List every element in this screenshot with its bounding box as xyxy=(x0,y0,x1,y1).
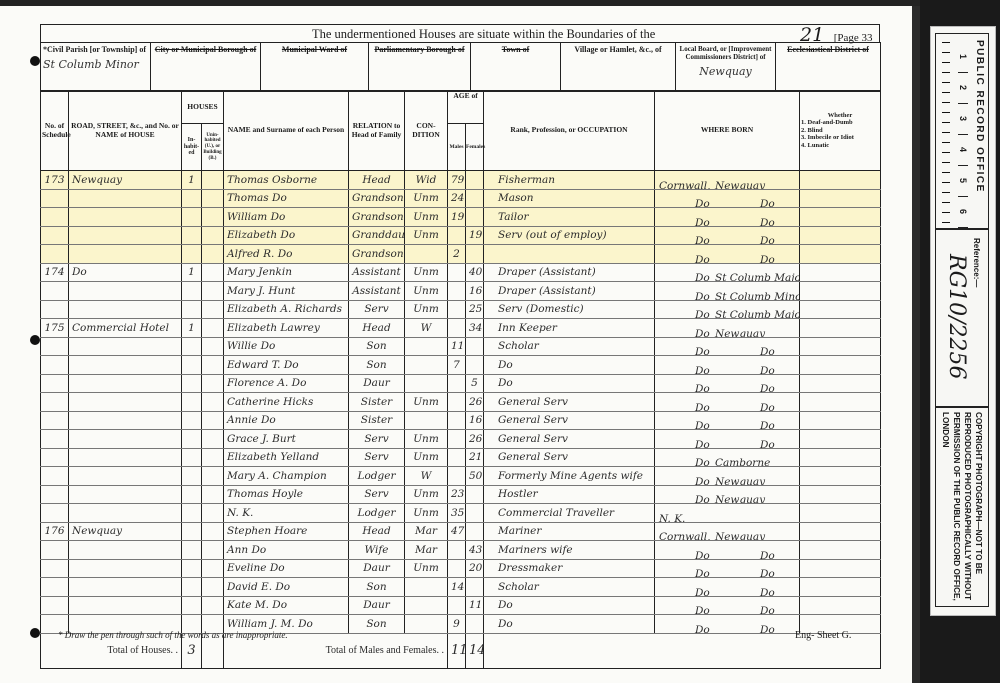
female-age xyxy=(466,208,484,227)
relation-to-head: Serv xyxy=(349,300,405,319)
inhabited-count xyxy=(182,522,202,541)
copyright-notice: COPYRIGHT PHOTOGRAPH—NOT TO BE REPRODUCE… xyxy=(940,412,984,602)
relation-to-head: Assistant xyxy=(349,282,405,301)
schedule-number xyxy=(41,411,69,430)
scale-number: 4 xyxy=(958,135,968,166)
born-place: Do xyxy=(760,198,775,207)
col-schedule: No. of Schedule xyxy=(41,91,69,171)
binding-hole xyxy=(30,335,40,345)
uninhabited-cell xyxy=(202,226,224,245)
census-row: 173Newquay1Thomas OsborneHeadWid79Fisher… xyxy=(41,171,881,190)
inhabited-count xyxy=(182,485,202,504)
boundary-label: Ecclesiastical District of xyxy=(787,45,869,54)
female-age: 34 xyxy=(466,319,484,338)
uninhabited-cell xyxy=(202,263,224,282)
infirmity-cell xyxy=(800,189,881,208)
census-row: Florence A. DoDaur5DoDoDo xyxy=(41,374,881,393)
uninhabited-cell xyxy=(202,522,224,541)
house-address xyxy=(69,374,182,393)
relation-to-head: Head xyxy=(349,171,405,190)
infirmity-option: 1. Deaf-and-Dumb xyxy=(801,119,879,126)
binding-hole xyxy=(30,628,40,638)
male-age: 79 xyxy=(448,171,466,190)
born-place: St Columb Minor xyxy=(715,291,800,300)
person-name: Annie Do xyxy=(224,411,349,430)
inhabited-count xyxy=(182,559,202,578)
marital-condition: Mar xyxy=(405,541,448,560)
person-name: Elizabeth Do xyxy=(224,226,349,245)
occupation: Draper (Assistant) xyxy=(484,263,655,282)
schedule-number xyxy=(41,208,69,227)
uninhabited-cell xyxy=(202,189,224,208)
marital-condition xyxy=(405,374,448,393)
uninhabited-cell xyxy=(202,245,224,264)
infirmity-title: Whether xyxy=(801,112,879,119)
born-county: Do xyxy=(695,272,710,281)
marital-condition: Unm xyxy=(405,189,448,208)
inhabited-count xyxy=(182,374,202,393)
inhabited-count xyxy=(182,411,202,430)
census-row: 176NewquayStephen HoareHeadMar47MarinerC… xyxy=(41,522,881,541)
house-address xyxy=(69,559,182,578)
born-county: Do xyxy=(695,328,710,337)
footnote: * Draw the pen through such of the words… xyxy=(58,630,288,640)
boundary-municipal-ward: Municipal Ward of xyxy=(261,43,369,92)
marital-condition: W xyxy=(405,319,448,338)
occupation: Hostler xyxy=(484,485,655,504)
inhabited-count xyxy=(182,337,202,356)
house-address xyxy=(69,541,182,560)
inhabited-count xyxy=(182,578,202,597)
marital-condition: Wid xyxy=(405,171,448,190)
where-born: DoDo xyxy=(655,356,800,375)
measurement-ruler xyxy=(942,42,958,228)
marital-condition xyxy=(405,596,448,615)
relation-to-head: Son xyxy=(349,615,405,634)
person-name: Stephen Hoare xyxy=(224,522,349,541)
female-age xyxy=(466,578,484,597)
born-place: Camborne xyxy=(715,457,770,466)
census-row: Mary J. HuntAssistantUnm16Draper (Assist… xyxy=(41,282,881,301)
infirmity-cell xyxy=(800,319,881,338)
female-age: 11 xyxy=(466,596,484,615)
inhabited-count xyxy=(182,596,202,615)
born-place: Newquay xyxy=(715,328,765,337)
occupation: Mariner xyxy=(484,522,655,541)
female-age: 40 xyxy=(466,263,484,282)
born-place: Do xyxy=(760,383,775,392)
house-address xyxy=(69,467,182,486)
marital-condition xyxy=(405,356,448,375)
house-address xyxy=(69,282,182,301)
schedule-number: 173 xyxy=(41,171,69,190)
boundary-town: Town of xyxy=(471,43,561,92)
uninhabited-cell xyxy=(202,467,224,486)
schedule-number xyxy=(41,559,69,578)
schedule-number xyxy=(41,300,69,319)
col-uninhabited: Unin-habited (U.), or Building (B.) xyxy=(202,124,224,171)
inhabited-count xyxy=(182,226,202,245)
schedule-number xyxy=(41,282,69,301)
inhabited-count xyxy=(182,245,202,264)
male-age: 11 xyxy=(448,337,466,356)
page-title: The undermentioned Houses are situate wi… xyxy=(312,27,655,42)
reference-label: Reference:— xyxy=(972,238,981,287)
uninhabited-cell xyxy=(202,356,224,375)
inhabited-count: 1 xyxy=(182,319,202,338)
born-county: Do xyxy=(695,587,710,596)
col-inhabited: In-habit-ed xyxy=(182,124,202,171)
marital-condition xyxy=(405,578,448,597)
uninhabited-cell xyxy=(202,282,224,301)
relation-to-head: Daur xyxy=(349,596,405,615)
scan-edge xyxy=(0,0,920,6)
marital-condition: Unm xyxy=(405,559,448,578)
where-born: DoDo xyxy=(655,541,800,560)
marital-condition: Unm xyxy=(405,393,448,412)
female-age: 21 xyxy=(466,448,484,467)
boundary-value: St Columb Minor xyxy=(43,58,148,71)
census-row: N. K.LodgerUnm35Commercial TravellerN. K… xyxy=(41,504,881,523)
census-row: William DoGrandsonUnm19TailorDoDo xyxy=(41,208,881,227)
occupation: Scholar xyxy=(484,578,655,597)
born-place: Do xyxy=(760,217,775,226)
born-county: Do xyxy=(695,309,710,318)
born-place: Do xyxy=(760,439,775,448)
boundary-label: Village or Hamlet, &c., of xyxy=(574,45,661,54)
boundary-local-board: Local Board, or [Improvement Commissione… xyxy=(676,43,776,92)
house-address xyxy=(69,578,182,597)
female-age: 5 xyxy=(466,374,484,393)
office-name: PUBLIC RECORD OFFICE xyxy=(974,40,985,193)
marital-condition: Unm xyxy=(405,485,448,504)
infirmity-option: 2. Blind xyxy=(801,127,879,134)
uninhabited-cell xyxy=(202,208,224,227)
marital-condition: Unm xyxy=(405,504,448,523)
inhabited-count xyxy=(182,300,202,319)
where-born: N. K. xyxy=(655,504,800,523)
census-row: Elizabeth A. RichardsServUnm25Serv (Dome… xyxy=(41,300,881,319)
schedule-number xyxy=(41,226,69,245)
boundary-value: Newquay xyxy=(678,65,773,78)
male-age: 19 xyxy=(448,208,466,227)
occupation: Fisherman xyxy=(484,171,655,190)
relation-to-head: Lodger xyxy=(349,504,405,523)
scale-number: 2 xyxy=(958,73,968,104)
boundaries-header: *Civil Parish [or Township] of St Columb… xyxy=(40,42,881,92)
where-born: DoCamborne xyxy=(655,448,800,467)
relation-to-head: Serv xyxy=(349,485,405,504)
marital-condition xyxy=(405,337,448,356)
infirmity-option: 4. Lunatic xyxy=(801,142,879,149)
where-born: DoDo xyxy=(655,226,800,245)
infirmity-cell xyxy=(800,485,881,504)
female-age: 25 xyxy=(466,300,484,319)
infirmity-cell xyxy=(800,448,881,467)
female-age xyxy=(466,522,484,541)
uninhabited-cell xyxy=(202,319,224,338)
infirmity-cell xyxy=(800,596,881,615)
census-rows: 173Newquay1Thomas OsborneHeadWid79Fisher… xyxy=(41,171,881,634)
infirmity-cell xyxy=(800,504,881,523)
male-age xyxy=(448,226,466,245)
infirmity-cell xyxy=(800,559,881,578)
person-name: Elizabeth Yelland xyxy=(224,448,349,467)
male-age xyxy=(448,448,466,467)
occupation: Tailor xyxy=(484,208,655,227)
born-county: Do xyxy=(695,254,710,263)
born-place: Do xyxy=(760,402,775,411)
schedule-number xyxy=(41,356,69,375)
where-born: DoDo xyxy=(655,337,800,356)
census-row: Kate M. DoDaur11DoDoDo xyxy=(41,596,881,615)
total-females-value: 14 xyxy=(466,633,484,668)
person-name: Thomas Hoyle xyxy=(224,485,349,504)
house-address xyxy=(69,504,182,523)
born-county: Do xyxy=(695,420,710,429)
born-county: Do xyxy=(695,291,710,300)
person-name: Mary Jenkin xyxy=(224,263,349,282)
born-place: Do xyxy=(760,568,775,577)
male-age: 24 xyxy=(448,189,466,208)
male-age xyxy=(448,596,466,615)
person-name: Elizabeth A. Richards xyxy=(224,300,349,319)
relation-to-head: Daur xyxy=(349,559,405,578)
uninhabited-cell xyxy=(202,430,224,449)
house-address xyxy=(69,337,182,356)
infirmity-cell xyxy=(800,541,881,560)
male-age: 23 xyxy=(448,485,466,504)
where-born: DoSt Columb Minor xyxy=(655,282,800,301)
relation-to-head: Son xyxy=(349,337,405,356)
person-name: Elizabeth Lawrey xyxy=(224,319,349,338)
relation-to-head: Grandson xyxy=(349,245,405,264)
infirmity-cell xyxy=(800,356,881,375)
house-address xyxy=(69,189,182,208)
census-row: Edward T. DoSon7DoDoDo xyxy=(41,356,881,375)
schedule-number xyxy=(41,467,69,486)
uninhabited-cell xyxy=(202,300,224,319)
person-name: Eveline Do xyxy=(224,559,349,578)
infirmity-cell xyxy=(800,578,881,597)
inhabited-count xyxy=(182,467,202,486)
boundary-label: Parliamentary Borough of xyxy=(374,45,464,54)
marital-condition xyxy=(405,411,448,430)
col-name: NAME and Surname of each Person xyxy=(224,91,349,171)
census-row: Elizabeth DoGranddaurUnm19Serv (out of e… xyxy=(41,226,881,245)
born-county: Do xyxy=(695,550,710,559)
house-address xyxy=(69,430,182,449)
schedule-number xyxy=(41,430,69,449)
col-age: AGE of xyxy=(448,91,484,124)
uninhabited-cell xyxy=(202,578,224,597)
relation-to-head: Assistant xyxy=(349,263,405,282)
person-name: David E. Do xyxy=(224,578,349,597)
census-row: Alfred R. DoGrandson2DoDo xyxy=(41,245,881,264)
census-row: 174Do1Mary JenkinAssistantUnm40Draper (A… xyxy=(41,263,881,282)
male-age xyxy=(448,374,466,393)
occupation: Commercial Traveller xyxy=(484,504,655,523)
person-name: Edward T. Do xyxy=(224,356,349,375)
occupation: General Serv xyxy=(484,411,655,430)
occupation: Mariners wife xyxy=(484,541,655,560)
uninhabited-cell xyxy=(202,504,224,523)
marital-condition: Unm xyxy=(405,226,448,245)
person-name: Willie Do xyxy=(224,337,349,356)
col-condition: CON-DITION xyxy=(405,91,448,171)
house-address xyxy=(69,300,182,319)
relation-to-head: Wife xyxy=(349,541,405,560)
house-address xyxy=(69,411,182,430)
born-place: Newquay xyxy=(715,531,765,540)
schedule-number: 174 xyxy=(41,263,69,282)
male-age xyxy=(448,411,466,430)
schedule-number xyxy=(41,578,69,597)
scale-number: 1 xyxy=(958,42,968,73)
female-age xyxy=(466,504,484,523)
person-name: Mary A. Champion xyxy=(224,467,349,486)
col-males: Males xyxy=(448,124,466,171)
born-place: Do xyxy=(760,235,775,244)
born-place: Newquay xyxy=(715,476,765,485)
male-age: 47 xyxy=(448,522,466,541)
house-address xyxy=(69,596,182,615)
where-born: DoDo xyxy=(655,615,800,634)
where-born: DoNewquay xyxy=(655,319,800,338)
female-age xyxy=(466,615,484,634)
relation-to-head: Grandson xyxy=(349,208,405,227)
marital-condition: Unm xyxy=(405,208,448,227)
inhabited-count xyxy=(182,208,202,227)
boundary-label: Municipal Ward of xyxy=(282,45,347,54)
relation-to-head: Son xyxy=(349,356,405,375)
person-name: William Do xyxy=(224,208,349,227)
male-age xyxy=(448,319,466,338)
born-place: Do xyxy=(760,587,775,596)
male-age: 2 xyxy=(448,245,466,264)
female-age xyxy=(466,245,484,264)
marital-condition: Unm xyxy=(405,263,448,282)
uninhabited-cell xyxy=(202,448,224,467)
census-page: The undermentioned Houses are situate wi… xyxy=(0,0,920,683)
col-occupation: Rank, Profession, or OCCUPATION xyxy=(484,91,655,171)
schedule-number xyxy=(41,504,69,523)
male-age xyxy=(448,430,466,449)
where-born: DoDo xyxy=(655,208,800,227)
census-table: No. of Schedule ROAD, STREET, &c., and N… xyxy=(40,90,881,669)
occupation: Serv (Domestic) xyxy=(484,300,655,319)
marital-condition xyxy=(405,615,448,634)
scale-number: 5 xyxy=(958,166,968,197)
male-age xyxy=(448,300,466,319)
born-county: Cornwall, xyxy=(659,531,710,540)
male-age xyxy=(448,263,466,282)
male-age: 7 xyxy=(448,356,466,375)
infirmity-cell xyxy=(800,467,881,486)
relation-to-head: Grandson xyxy=(349,189,405,208)
where-born: DoDo xyxy=(655,411,800,430)
male-age xyxy=(448,559,466,578)
col-address: ROAD, STREET, &c., and No. or NAME of HO… xyxy=(69,91,182,171)
col-where-born: WHERE BORN xyxy=(655,91,800,171)
census-row: Willie DoSon11ScholarDoDo xyxy=(41,337,881,356)
relation-to-head: Daur xyxy=(349,374,405,393)
schedule-number xyxy=(41,541,69,560)
schedule-number xyxy=(41,189,69,208)
born-place: Do xyxy=(760,550,775,559)
born-place: St Columb Major xyxy=(715,309,800,318)
occupation: Draper (Assistant) xyxy=(484,282,655,301)
uninhabited-cell xyxy=(202,411,224,430)
house-address xyxy=(69,485,182,504)
born-place: Newquay xyxy=(715,180,765,189)
where-born: DoDo xyxy=(655,559,800,578)
born-county: Cornwall, xyxy=(659,180,710,189)
house-address xyxy=(69,356,182,375)
born-place: Do xyxy=(760,624,775,633)
person-name: Mary J. Hunt xyxy=(224,282,349,301)
infirmity-cell xyxy=(800,393,881,412)
inhabited-count xyxy=(182,282,202,301)
boundary-parliamentary-borough: Parliamentary Borough of xyxy=(369,43,471,92)
where-born: DoNewquay xyxy=(655,467,800,486)
female-age: 20 xyxy=(466,559,484,578)
boundary-village: Village or Hamlet, &c., of xyxy=(561,43,676,92)
person-name: Ann Do xyxy=(224,541,349,560)
person-name: Florence A. Do xyxy=(224,374,349,393)
person-name: Catherine Hicks xyxy=(224,393,349,412)
schedule-number xyxy=(41,374,69,393)
person-name: N. K. xyxy=(224,504,349,523)
marital-condition: Mar xyxy=(405,522,448,541)
relation-to-head: Serv xyxy=(349,430,405,449)
male-age xyxy=(448,541,466,560)
marital-condition: Unm xyxy=(405,282,448,301)
inhabited-count xyxy=(182,189,202,208)
relation-to-head: Head xyxy=(349,319,405,338)
occupation: Do xyxy=(484,356,655,375)
born-county: Do xyxy=(695,198,710,207)
born-county: Do xyxy=(695,235,710,244)
born-county: Do xyxy=(695,346,710,355)
male-age xyxy=(448,467,466,486)
born-county: N. K. xyxy=(659,513,685,522)
born-county: Do xyxy=(695,217,710,226)
uninhabited-cell xyxy=(202,374,224,393)
inhabited-count: 1 xyxy=(182,263,202,282)
inhabited-count xyxy=(182,448,202,467)
census-row: Eveline DoDaurUnm20DressmakerDoDo xyxy=(41,559,881,578)
house-address xyxy=(69,448,182,467)
female-age: 16 xyxy=(466,282,484,301)
occupation: Do xyxy=(484,596,655,615)
infirmity-cell xyxy=(800,411,881,430)
where-born: Cornwall,Newquay xyxy=(655,522,800,541)
inhabited-count xyxy=(182,541,202,560)
house-address xyxy=(69,393,182,412)
infirmity-cell xyxy=(800,374,881,393)
born-county: Do xyxy=(695,383,710,392)
where-born: DoSt Columb Major xyxy=(655,300,800,319)
where-born: DoDo xyxy=(655,374,800,393)
relation-to-head: Sister xyxy=(349,411,405,430)
where-born: DoDo xyxy=(655,596,800,615)
sheet-label: Eng- Sheet G. xyxy=(795,630,851,641)
reference-value: RG10/2256 xyxy=(944,254,969,380)
occupation: General Serv xyxy=(484,430,655,449)
born-county: Do xyxy=(695,457,710,466)
census-row: Thomas DoGrandsonUnm24MasonDoDo xyxy=(41,189,881,208)
